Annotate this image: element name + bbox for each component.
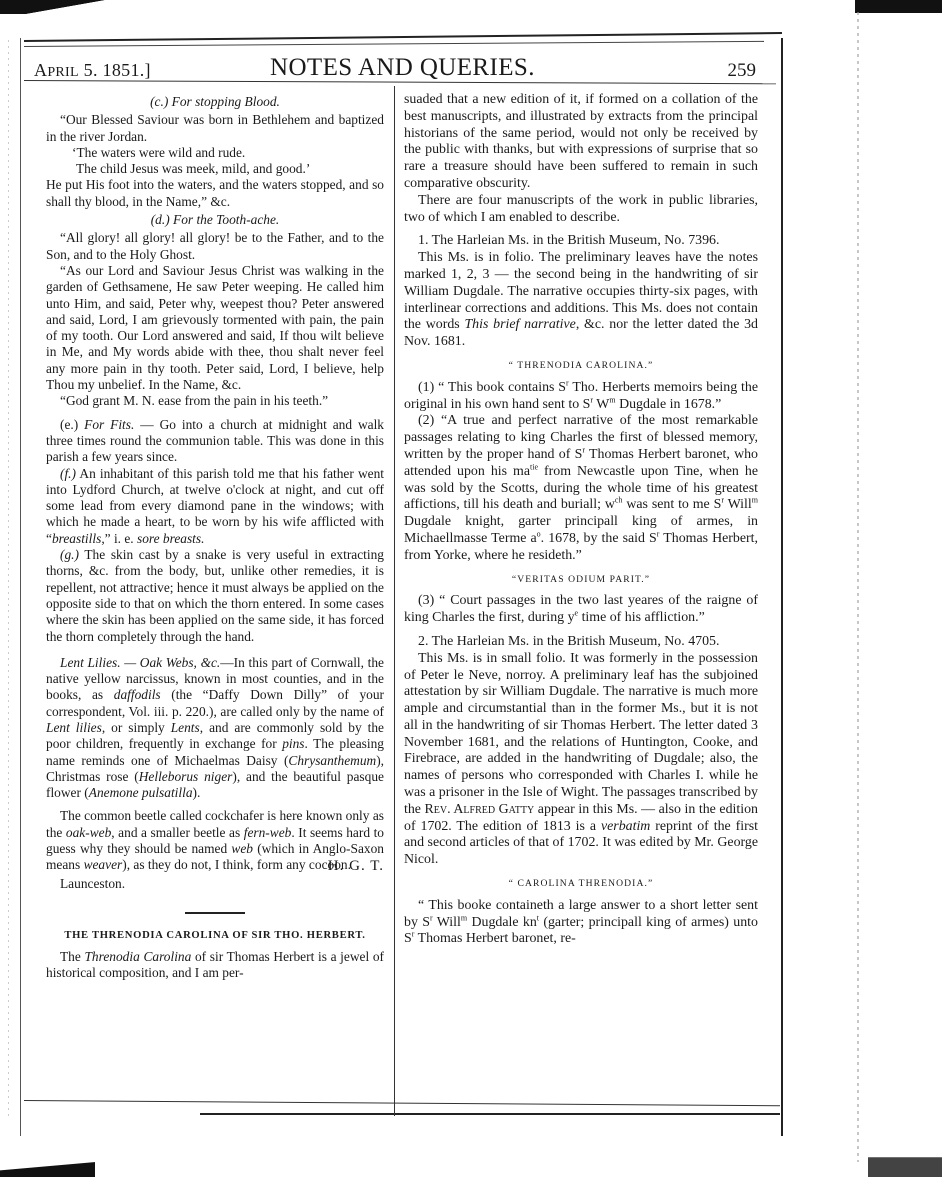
manuscript-note-3: (3) “ Court passages in the two last yea… — [404, 593, 758, 627]
section-separator — [185, 912, 245, 914]
remedy-d-charm: “As our Lord and Saviour Jesus Christ wa… — [46, 263, 384, 393]
quote-heading-threnodia-carolina: “ THRENODIA CAROLINA.” — [404, 358, 758, 375]
manuscript-1-heading: 1. The Harleian Ms. in the British Museu… — [404, 233, 758, 250]
lent-lilies-paragraph: Lent Lilies. — Oak Webs, &c.—In this par… — [46, 655, 384, 802]
remedy-c-charm-end: He put His foot into the waters, and the… — [46, 177, 384, 210]
remedy-d-invocation: “All glory! all glory! all glory! be to … — [46, 230, 384, 263]
threnodia-intro-continued: suaded that a new edition of it, if form… — [404, 92, 758, 193]
remedy-c-verse-line-2: The child Jesus was meek, mild, and good… — [46, 161, 384, 177]
frame-bottom-rule-thick — [200, 1113, 780, 1115]
manuscript-note-2: (2) “A true and perfect narrative of the… — [404, 413, 758, 564]
running-header: APRIL 5. 1851.] NOTES AND QUERIES. 259 — [34, 54, 764, 84]
column-divider — [394, 86, 395, 1116]
remedy-d-closing: “God grant M. N. ease from the pain in h… — [46, 393, 384, 409]
remedy-c-verse-line-1: ‘The waters were wild and rude. — [46, 145, 384, 161]
article-heading-threnodia: THE THRENODIA CAROLINA OF SIR THO. HERBE… — [46, 928, 384, 944]
manuscript-note-1: (1) “ This book contains Sr Tho. Herbert… — [404, 380, 758, 414]
manuscript-2-attestation: “ This booke containeth a large answer t… — [404, 898, 758, 948]
binding-gutter — [857, 12, 859, 1162]
page-edge — [8, 40, 9, 1120]
manuscript-2-description: This Ms. is in small folio. It was forme… — [404, 651, 758, 869]
remedy-e-paragraph: (e.) For Fits. — Go into a church at mid… — [46, 417, 384, 466]
scan-shadow-bottom-right — [868, 1152, 942, 1177]
remedy-f-paragraph: (f.) An inhabitant of this parish told m… — [46, 466, 384, 547]
manuscript-2-heading: 2. The Harleian Ms. in the British Museu… — [404, 634, 758, 651]
remedy-d-heading: (d.) For the Tooth-ache. — [46, 212, 384, 228]
journal-title: NOTES AND QUERIES. — [270, 54, 535, 82]
remedy-c-charm: “Our Blessed Saviour was born in Bethleh… — [46, 112, 384, 145]
scan-shadow-bottom-left — [0, 1160, 95, 1177]
manuscript-1-description: This Ms. is in folio. The preliminary le… — [404, 250, 758, 351]
threnodia-intro: The Threnodia Carolina of sir Thomas Her… — [46, 949, 384, 982]
author-location: Launceston. — [46, 876, 384, 892]
scan-shadow-top-right — [855, 0, 942, 13]
remedy-g-paragraph: (g.) The skin cast by a snake is very us… — [46, 547, 384, 645]
manuscripts-intro: There are four manuscripts of the work i… — [404, 193, 758, 227]
issue-date: APRIL 5. 1851.] — [34, 60, 151, 81]
left-column: (c.) For stopping Blood. “Our Blessed Sa… — [46, 92, 384, 981]
remedy-c-heading: (c.) For stopping Blood. — [46, 94, 384, 110]
quote-heading-carolina-threnodia: “ CAROLINA THRENODIA.” — [404, 876, 758, 893]
quote-heading-veritas: “VERITAS ODIUM PARIT.” — [404, 572, 758, 589]
scan-shadow-top-left — [0, 0, 110, 14]
page-number: 259 — [728, 60, 757, 82]
right-column: suaded that a new edition of it, if form… — [404, 92, 758, 948]
